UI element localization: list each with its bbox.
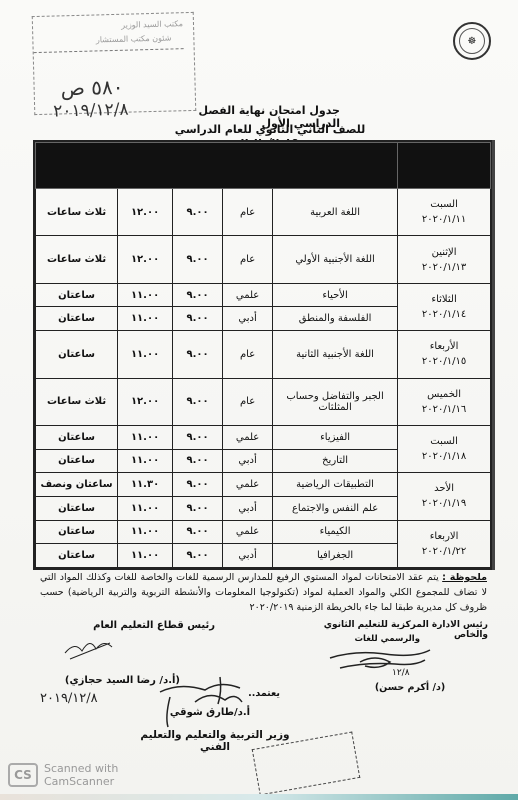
header-cell-subject [36,143,398,189]
table-row: السبت٢٠٢٠/١/١١اللغة العربيةعام٩.٠٠١٢.٠٠ث… [36,189,491,236]
note-label: ملحوظة : [442,572,487,583]
end-time-cell: ١١.٠٠ [118,449,173,473]
table-row: الأحد٢٠٢٠/١/١٩التطبيقات الرياضيةعلمي٩.٠٠… [36,473,491,497]
end-time-cell: ١٢.٠٠ [118,189,173,236]
stamp-line-2: شئون مكتب المستشار [96,33,172,44]
subject-cell: التاريخ [273,449,398,473]
right-signature-date: ١٢/٨ [392,668,410,678]
start-time-cell: ٩.٠٠ [173,449,223,473]
camscanner-watermark: CS Scanned with CamScanner [8,762,118,788]
day-date-cell: الإثنين٢٠٢٠/١/١٣ [398,236,491,283]
start-time-cell: ٩.٠٠ [173,283,223,307]
ministry-seal-icon: ☸ [468,36,477,47]
subject-cell: الكيمياء [273,520,398,544]
day-name: السبت [398,197,490,212]
ministry-seal-logo: ☸ [453,22,491,60]
day-date-cell: الاربعاء٢٠٢٠/١/٢٢ [398,520,491,567]
exam-date: ٢٠٢٠/١/١٦ [398,402,490,417]
section-cell: علمي [223,520,273,544]
table-row: السبت٢٠٢٠/١/١٨الفيزياءعلمي٩.٠٠١١.٠٠ساعتا… [36,425,491,449]
end-time-cell: ١١.٠٠ [118,520,173,544]
minister-signature-icon [150,672,250,732]
day-name: الاربعاء [398,529,490,544]
stamp-number: ٥٨٠ ص [60,75,123,101]
subject-cell: الفيزياء [273,425,398,449]
exam-date: ٢٠٢٠/١/١٤ [398,307,490,322]
duration-cell: ساعتان [36,283,118,307]
duration-cell: ساعتان [36,544,118,568]
duration-cell: ساعتان [36,520,118,544]
start-time-cell: ٩.٠٠ [173,544,223,568]
day-date-cell: الخميس٢٠٢٠/١/١٦ [398,378,491,425]
subject-cell: الأحياء [273,283,398,307]
table-header-row [36,143,491,189]
scan-edge-strip [0,794,518,800]
signature-left-icon [60,633,120,663]
watermark-line-1: Scanned with [44,762,118,775]
table-row: الاربعاء٢٠٢٠/١/٢٢الكيمياءعلمي٩.٠٠١١.٠٠سا… [36,520,491,544]
section-cell: علمي [223,425,273,449]
section-cell: عام [223,378,273,425]
exam-schedule-table: السبت٢٠٢٠/١/١١اللغة العربيةعام٩.٠٠١٢.٠٠ث… [33,140,492,570]
exam-date: ٢٠٢٠/١/١٣ [398,260,490,275]
start-time-cell: ٩.٠٠ [173,236,223,283]
duration-cell: ثلاث ساعات [36,378,118,425]
start-time-cell: ٩.٠٠ [173,331,223,378]
duration-cell: ثلاث ساعات [36,189,118,236]
end-time-cell: ١١.٠٠ [118,544,173,568]
section-cell: أدبي [223,496,273,520]
start-time-cell: ٩.٠٠ [173,473,223,497]
day-date-cell: الثلاثاء٢٠٢٠/١/١٤ [398,283,491,330]
duration-cell: ساعتان [36,331,118,378]
approval-label: يعتمد.. [240,688,280,699]
subject-cell: اللغة الأجنبية الثانية [273,331,398,378]
note-paragraph: ملحوظة : يتم عقد الامتحانات لمواد المستو… [40,570,487,615]
start-time-cell: ٩.٠٠ [173,189,223,236]
day-date-cell: الأحد٢٠٢٠/١/١٩ [398,473,491,520]
exam-date: ٢٠٢٠/١/٢٢ [398,544,490,559]
end-time-cell: ١٢.٠٠ [118,378,173,425]
subject-cell: اللغة العربية [273,189,398,236]
day-date-cell: الأربعاء٢٠٢٠/١/١٥ [398,331,491,378]
subject-cell: الجبر والتفاضل وحساب المثلثات [273,378,398,425]
section-cell: أدبي [223,449,273,473]
table-row: الخميس٢٠٢٠/١/١٦الجبر والتفاضل وحساب المث… [36,378,491,425]
section-cell: علمي [223,283,273,307]
start-time-cell: ٩.٠٠ [173,425,223,449]
general-education-head-title: رئيس قطاع التعليم العام [55,620,215,631]
duration-cell: ساعتان ونصف [36,473,118,497]
end-time-cell: ١١.٣٠ [118,473,173,497]
section-cell: عام [223,331,273,378]
section-cell: علمي [223,473,273,497]
day-name: الخميس [398,387,490,402]
day-name: الأحد [398,481,490,496]
subject-cell: علم النفس والاجتماع [273,496,398,520]
day-name: السبت [398,434,490,449]
exam-date: ٢٠٢٠/١/١١ [398,212,490,227]
header-cell-day [398,143,491,189]
signature-right-icon [325,640,435,680]
end-time-cell: ١١.٠٠ [118,496,173,520]
note-text: يتم عقد الامتحانات لمواد المستوي الرفيع … [40,572,487,613]
stamp-divider [34,48,184,53]
day-date-cell: السبت٢٠٢٠/١/١١ [398,189,491,236]
duration-cell: ساعتان [36,496,118,520]
end-time-cell: ١٢.٠٠ [118,236,173,283]
duration-cell: ساعتان [36,307,118,331]
day-date-cell: السبت٢٠٢٠/١/١٨ [398,425,491,472]
day-name: الإثنين [398,245,490,260]
table-row: الثلاثاء٢٠٢٠/١/١٤الأحياءعلمي٩.٠٠١١.٠٠ساع… [36,283,491,307]
duration-cell: ساعتان [36,449,118,473]
section-cell: أدبي [223,544,273,568]
subject-cell: التطبيقات الرياضية [273,473,398,497]
end-time-cell: ١١.٠٠ [118,331,173,378]
exam-date: ٢٠٢٠/١/١٩ [398,496,490,511]
start-time-cell: ٩.٠٠ [173,520,223,544]
minister-name: أ.د/طارق شوقي [160,707,260,718]
camscanner-logo-icon: CS [8,763,38,787]
stamp-line-1: مكتب السيد الوزير [121,19,183,30]
start-time-cell: ٩.٠٠ [173,307,223,331]
subject-cell: الفلسفة والمنطق [273,307,398,331]
left-signature-date: ٢٠١٩/١٢/٨ [40,691,130,706]
table-row: الإثنين٢٠٢٠/١/١٣اللغة الأجنبية الأوليعام… [36,236,491,283]
subject-cell: اللغة الأجنبية الأولي [273,236,398,283]
duration-cell: ساعتان [36,425,118,449]
duration-cell: ثلاث ساعات [36,236,118,283]
exam-date: ٢٠٢٠/١/١٥ [398,354,490,369]
exam-date: ٢٠٢٠/١/١٨ [398,449,490,464]
end-time-cell: ١١.٠٠ [118,283,173,307]
day-name: الثلاثاء [398,292,490,307]
start-time-cell: ٩.٠٠ [173,378,223,425]
subject-cell: الجغرافيا [273,544,398,568]
end-time-cell: ١١.٠٠ [118,307,173,331]
incoming-stamp: مكتب السيد الوزير شئون مكتب المستشار ٥٨٠… [32,12,197,115]
start-time-cell: ٩.٠٠ [173,496,223,520]
section-cell: أدبي [223,307,273,331]
central-admin-head-name: (د/ أكرم حسن) [370,682,450,693]
section-cell: عام [223,236,273,283]
stamp-date: ٢٠١٩/١٢/٨ [53,100,129,122]
watermark-line-2: CamScanner [44,775,118,788]
day-name: الأربعاء [398,339,490,354]
table-row: الأربعاء٢٠٢٠/١/١٥اللغة الأجنبية الثانيةع… [36,331,491,378]
end-time-cell: ١١.٠٠ [118,425,173,449]
section-cell: عام [223,189,273,236]
